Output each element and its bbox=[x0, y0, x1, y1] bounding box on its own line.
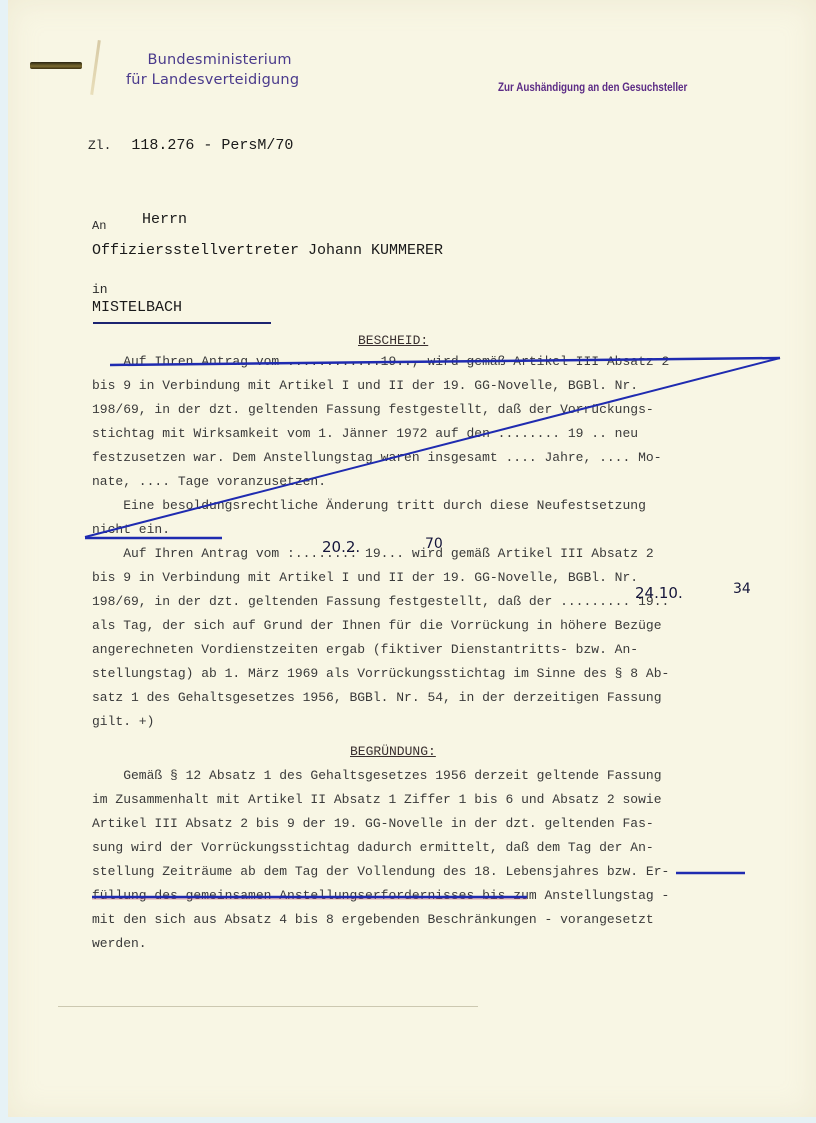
pen-strikethrough-marks bbox=[0, 0, 816, 1123]
bottom-rule bbox=[58, 1006, 478, 1007]
